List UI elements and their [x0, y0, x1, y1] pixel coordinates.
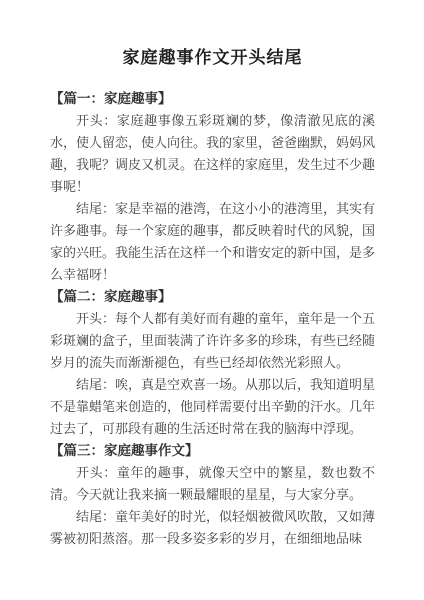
section-3-ending-paragraph: 结尾：童年美好的时光，似轻烟被微风吹散，又如薄雾被初阳蒸溶。那一段多姿多彩的岁月… [50, 506, 375, 550]
section-1-ending-paragraph: 结尾：家是幸福的港湾，在这小小的港湾里，其实有许多趣事。每一个家庭的趣事，都反映… [50, 198, 375, 286]
section-1-heading: 【篇一：家庭趣事】 [50, 88, 375, 110]
section-3-heading: 【篇三：家庭趣事作文】 [50, 440, 375, 462]
document-page: 家庭趣事作文开头结尾 【篇一：家庭趣事】 开头：家庭趣事像五彩斑斓的梦，像清澈见… [0, 0, 424, 600]
section-2-ending-paragraph: 结尾：唉，真是空欢喜一场。从那以后，我知道明星不是靠蜡笔来创造的，他同样需要付出… [50, 374, 375, 440]
section-1-opening-paragraph: 开头：家庭趣事像五彩斑斓的梦，像清澈见底的溪水，使人留恋，使人向往。我的家里，爸… [50, 110, 375, 198]
section-2-heading: 【篇二：家庭趣事】 [50, 286, 375, 308]
document-title: 家庭趣事作文开头结尾 [50, 46, 375, 70]
essay-section-2: 【篇二：家庭趣事】 开头：每个人都有美好而有趣的童年，童年是一个五彩斑斓的盒子，… [50, 286, 375, 440]
essay-section-1: 【篇一：家庭趣事】 开头：家庭趣事像五彩斑斓的梦，像清澈见底的溪水，使人留恋，使… [50, 88, 375, 286]
section-2-opening-paragraph: 开头：每个人都有美好而有趣的童年，童年是一个五彩斑斓的盒子，里面装满了许许多多的… [50, 308, 375, 374]
section-3-opening-paragraph: 开头：童年的趣事，就像天空中的繁星，数也数不清。今天就让我来摘一颗最耀眼的星星，… [50, 462, 375, 506]
essay-section-3: 【篇三：家庭趣事作文】 开头：童年的趣事，就像天空中的繁星，数也数不清。今天就让… [50, 440, 375, 550]
